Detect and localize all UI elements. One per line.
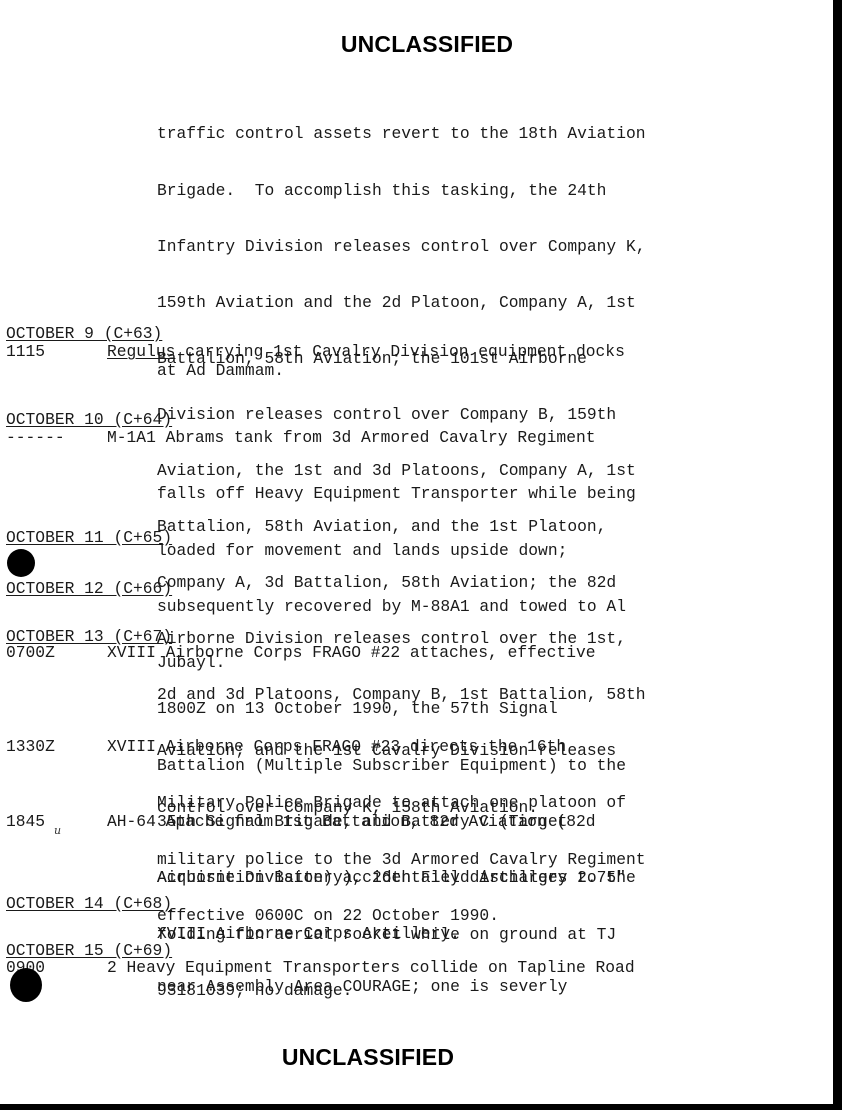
hole-punch-mark [10,968,42,1002]
day-heading: OCTOBER 10 (C+64) [6,411,172,430]
classification-footer: UNCLASSIFIED [0,1044,793,1071]
text-line: subsequently recovered by M-88A1 and tow… [157,598,636,617]
day-heading: OCTOBER 9 (C+63) [6,325,162,344]
entry-time: 1845 [6,813,45,832]
text-line: falls off Heavy Equipment Transporter wh… [157,485,636,504]
entry-continuation: near Assembly Area COURAGE; one is sever… [157,978,567,997]
text-line: loaded for movement and lands upside dow… [157,542,636,561]
day-heading: OCTOBER 12 (C+66) [6,580,172,599]
text-line: 1800Z on 13 October 1990, the 57th Signa… [157,700,636,719]
scan-edge-right [833,0,842,1106]
text-line: Brigade. To accomplish this tasking, the… [157,182,646,201]
scan-edge-bottom [0,1104,842,1110]
classification-header: UNCLASSIFIED [2,31,850,58]
entry-time: 1115 [6,343,45,362]
text-line: folding fin aerial rocket while on groun… [157,926,626,945]
entry-continuation: at Ad Dammam. [157,362,284,381]
text-line: traffic control assets revert to the 18t… [157,125,646,144]
day-heading: OCTOBER 11 (C+65) [6,529,172,548]
entry-time: 1330Z [6,738,55,757]
entry-first-line: XVIII Airborne Corps FRAGO #22 attaches,… [107,644,596,663]
text-line: 159th Aviation and the 2d Platoon, Compa… [157,294,646,313]
ship-name: Regulus [107,342,175,361]
entry-first-line: XVIII Airborne Corps FRAGO #23 directs t… [107,738,566,757]
entry-first-line: M-1A1 Abrams tank from 3d Armored Cavalr… [107,429,596,448]
text-line: Airborne Division) accidentally discharg… [157,869,626,888]
text-line: Infantry Division releases control over … [157,238,646,257]
entry-time: ------ [6,429,65,448]
entry-first-line: AH-64 Apache from 1st Battalion, 82d Avi… [107,813,596,832]
hole-punch-mark [7,549,35,577]
entry-first-line: 2 Heavy Equipment Transporters collide o… [107,959,635,978]
stray-mark: u [54,824,61,837]
text-line: Division releases control over Company B… [157,406,646,425]
entry-first-line: Regulus carrying 1st Cavalry Division eq… [107,343,625,362]
entry-text: carrying 1st Cavalry Division equipment … [175,342,624,361]
text-line: Military Police Brigade to attach one pl… [157,794,646,813]
entry-time: 0700Z [6,644,55,663]
day-heading: OCTOBER 14 (C+68) [6,895,172,914]
